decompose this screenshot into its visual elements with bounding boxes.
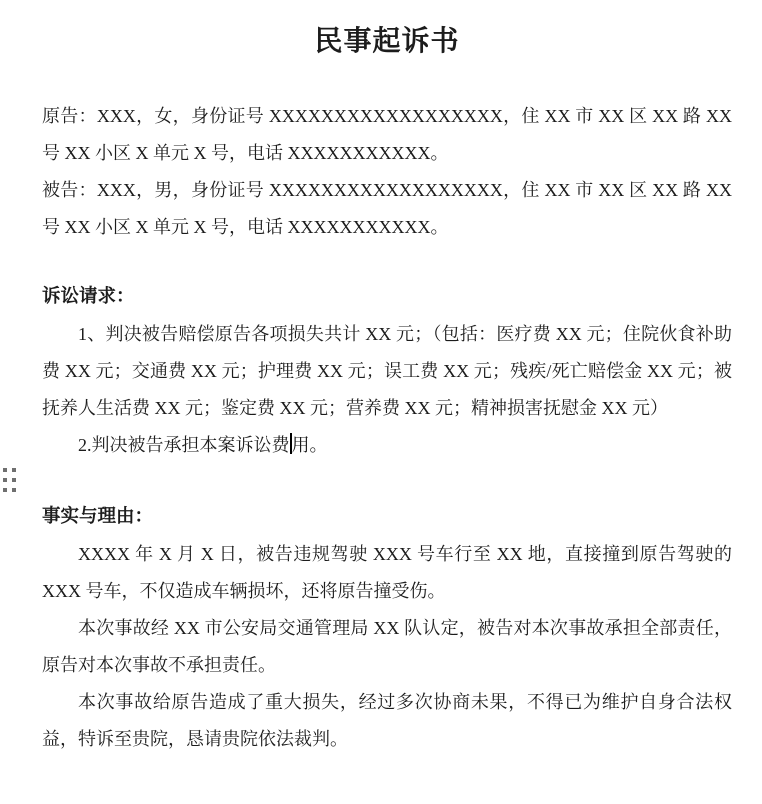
document-page[interactable]: 民事起诉书 原告：XXX，女，身份证号 XXXXXXXXXXXXXXXXXX，住… [0,0,762,804]
fact-paragraph-3[interactable]: 本次事故给原告造成了重大损失，经过多次协商未果，不得已为维护自身合法权益，特诉至… [42,684,732,758]
grip-dot [12,478,16,482]
document-title[interactable]: 民事起诉书 [42,22,732,62]
grip-dot [12,468,16,472]
grip-dot [3,478,7,482]
claim-2-text-before-cursor: 2.判决被告承担本案诉讼费 [78,435,290,455]
claim-2-text-after-cursor: 用。 [292,435,328,455]
fact-paragraph-1[interactable]: XXXX 年 X 月 X 日，被告违规驾驶 XXX 号车行至 XX 地，直接撞到… [42,536,732,610]
plaintiff-paragraph[interactable]: 原告：XXX，女，身份证号 XXXXXXXXXXXXXXXXXX，住 XX 市 … [42,98,732,172]
claim-item-1[interactable]: 1、判决被告赔偿原告各项损失共计 XX 元；（包括：医疗费 XX 元；住院伙食补… [42,316,732,427]
grip-dot [3,488,7,492]
drag-handle-icon[interactable] [3,468,16,492]
claims-heading[interactable]: 诉讼请求： [42,279,732,316]
grip-dot [3,468,7,472]
defendant-paragraph[interactable]: 被告：XXX，男，身份证号 XXXXXXXXXXXXXXXXXX，住 XX 市 … [42,172,732,246]
grip-dot [12,488,16,492]
claim-item-2[interactable]: 2.判决被告承担本案诉讼费用。 [42,427,732,464]
fact-paragraph-2[interactable]: 本次事故经 XX 市公安局交通管理局 XX 队认定，被告对本次事故承担全部责任，… [42,610,732,684]
facts-heading[interactable]: 事实与理由： [42,499,732,536]
